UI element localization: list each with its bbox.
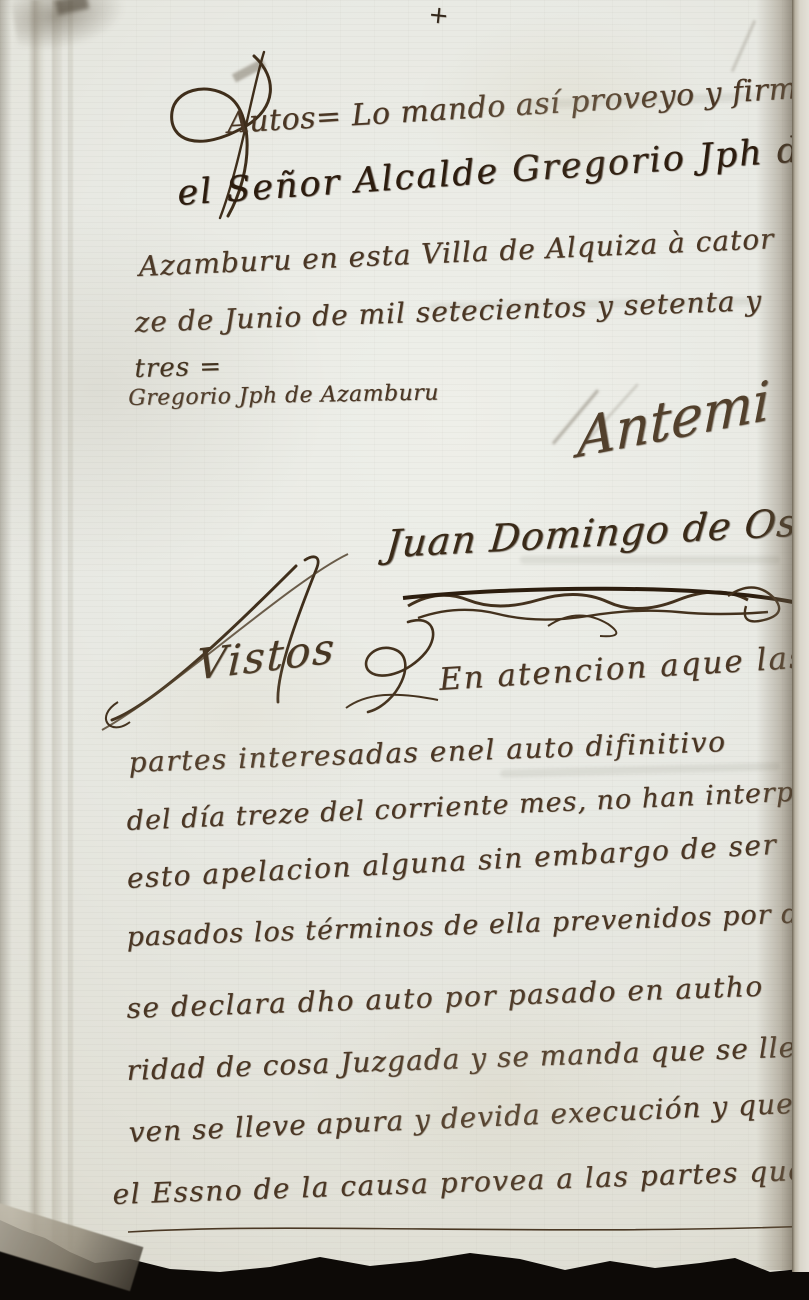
ante-mi-attestation: Antemi <box>577 369 770 471</box>
decree-line: tres = <box>134 352 222 384</box>
page-edge-shadow <box>756 0 792 1270</box>
ruling-line: ridad de cosa Juzgada y se manda que se … <box>126 1031 797 1087</box>
show-through-mark <box>520 556 780 564</box>
scanned-page-photo: + Autos= Lo mando así proveyo y firmo el… <box>0 0 809 1300</box>
signature-rubric-icon <box>398 576 803 638</box>
ink-smudge <box>731 20 757 72</box>
binding-crease <box>28 0 45 1250</box>
ruling-line: se declara dho auto por pasado en autho <box>126 970 764 1025</box>
alcalde-signature: Gregorio Jph de Azamburu <box>128 381 439 411</box>
decree-line: Azamburu en esta Villa de Alquiza à cato… <box>138 222 775 283</box>
ruling-line: el Essno de la causa provea a las partes… <box>112 1154 807 1211</box>
decree-line: ze de Junio de mil setecientos y setenta… <box>134 284 763 339</box>
next-page-sliver <box>792 0 809 1272</box>
paraph-flourish-icon <box>338 612 448 717</box>
ruling-line: del día treze del corriente mes, no han … <box>126 776 809 837</box>
decree-line: Autos= Lo mando así proveyo y firmo <box>226 70 809 141</box>
ruling-line: esto apelacion alguna sin embargo de ser <box>126 828 778 895</box>
invocation-cross-mark: + <box>427 0 450 30</box>
closing-rule-icon <box>126 1220 809 1240</box>
binding-edge-shade <box>0 0 12 1240</box>
show-through-mark <box>500 762 780 777</box>
binding-crease <box>52 0 62 1252</box>
ruling-line: pasados los términos de ella prevenidos … <box>126 897 809 953</box>
binding-crease <box>68 0 73 1250</box>
ruling-line: ven se lleve apura y devida execución y … <box>128 1087 794 1149</box>
ruling-line: En atencion aque las <box>438 640 808 698</box>
manuscript-page: + Autos= Lo mando así proveyo y firmo el… <box>0 0 809 1300</box>
